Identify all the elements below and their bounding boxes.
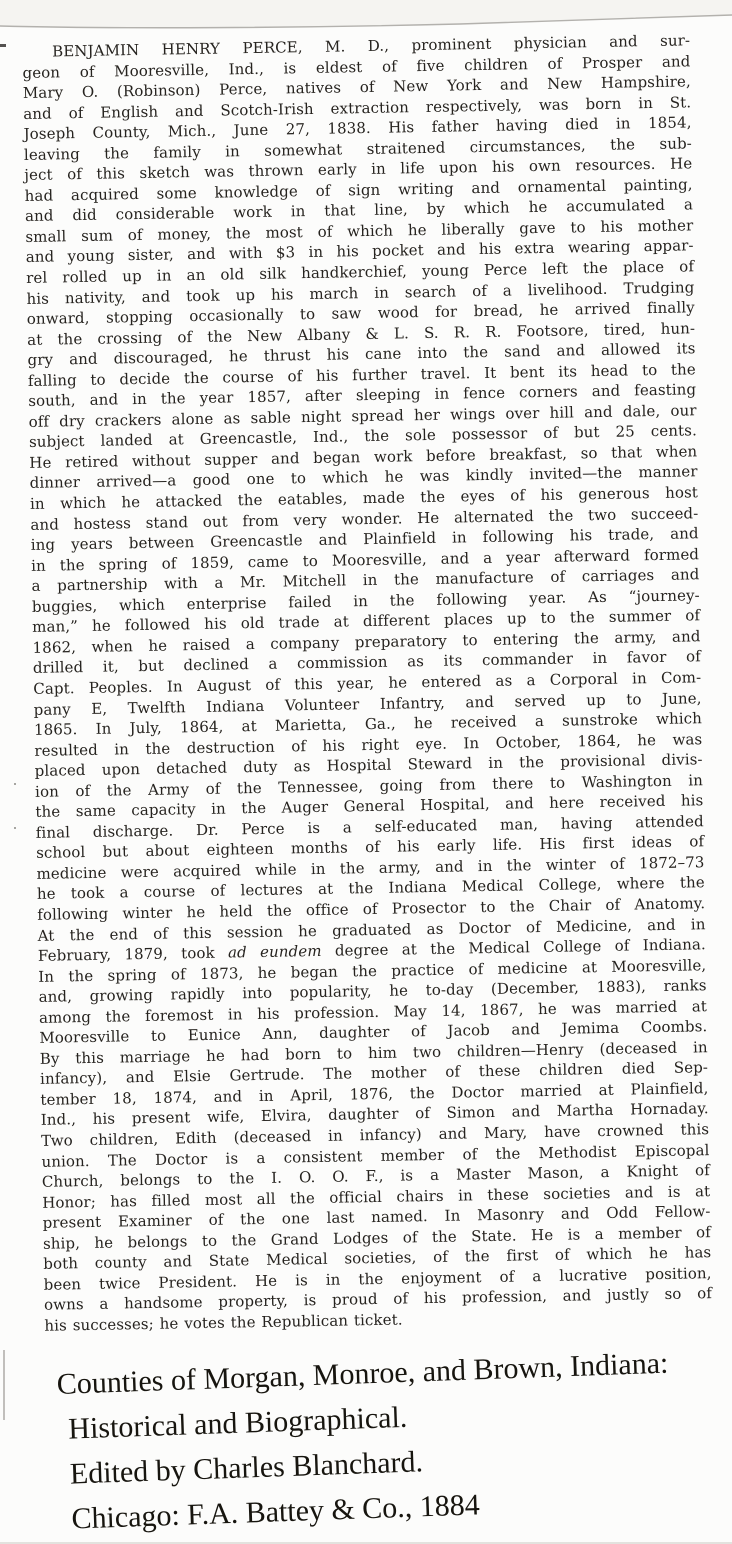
citation-block: Counties of Morgan, Monroe, and Brown, I… (56, 1339, 722, 1542)
scanned-page: BENJAMIN HENRY PERCE, M. D., prominent p… (0, 0, 732, 1544)
scan-edge-mark (0, 44, 6, 47)
paper-speck (14, 827, 16, 829)
paper-speck (14, 783, 16, 785)
scan-edge-artifact (3, 1350, 5, 1420)
scan-top-edge (0, 0, 732, 34)
biography-article-text: BENJAMIN HENRY PERCE, M. D., prominent p… (22, 30, 712, 1336)
